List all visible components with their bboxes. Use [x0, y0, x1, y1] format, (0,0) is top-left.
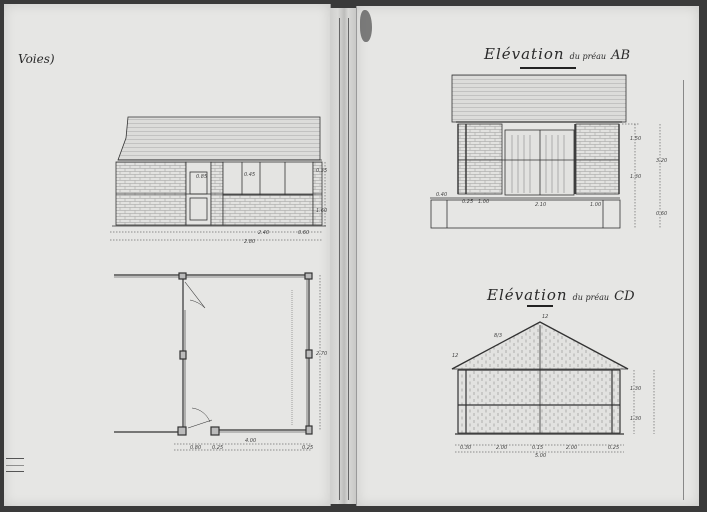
side-elevation-drawing [110, 117, 326, 240]
svg-text:1.60: 1.60 [316, 208, 327, 214]
svg-text:1.00: 1.00 [590, 202, 601, 208]
drawings-canvas: 0.85 0.45 2.40 2.80 0.60 0.35 1.60 0.80 … [0, 0, 707, 512]
svg-text:4.00: 4.00 [245, 438, 256, 444]
svg-text:0.30: 0.30 [460, 445, 471, 451]
svg-text:0.40: 0.40 [436, 192, 447, 198]
svg-text:0.25: 0.25 [212, 445, 223, 451]
svg-text:0.25: 0.25 [462, 199, 473, 205]
svg-text:0.85: 0.85 [196, 174, 207, 180]
svg-text:2.10: 2.10 [535, 202, 546, 208]
svg-text:1.00: 1.00 [478, 199, 489, 205]
svg-text:1.30: 1.30 [630, 174, 641, 180]
svg-text:3.20: 3.20 [656, 158, 667, 164]
svg-text:12: 12 [542, 314, 548, 320]
svg-text:2.00: 2.00 [566, 445, 577, 451]
elevation-cd-drawing [452, 322, 654, 452]
floor-plan-drawing [114, 273, 320, 450]
svg-text:0.60: 0.60 [656, 211, 667, 217]
svg-text:1.30: 1.30 [630, 386, 641, 392]
svg-text:1.50: 1.50 [630, 136, 641, 142]
svg-text:1.30: 1.30 [630, 416, 641, 422]
svg-text:2.00: 2.00 [496, 445, 507, 451]
svg-text:0.35: 0.35 [316, 168, 327, 174]
svg-text:0.15: 0.15 [532, 445, 543, 451]
svg-text:0.60: 0.60 [298, 230, 309, 236]
svg-text:2.40: 2.40 [258, 230, 269, 236]
svg-text:0.25: 0.25 [302, 445, 313, 451]
svg-text:8/3: 8/3 [494, 333, 502, 339]
svg-text:5.00: 5.00 [535, 453, 546, 459]
svg-text:12: 12 [452, 353, 458, 359]
svg-text:2.80: 2.80 [244, 239, 255, 245]
svg-text:2.70: 2.70 [316, 351, 327, 357]
svg-text:0.80: 0.80 [190, 445, 201, 451]
svg-text:0.25: 0.25 [608, 445, 619, 451]
svg-text:0.45: 0.45 [244, 172, 255, 178]
